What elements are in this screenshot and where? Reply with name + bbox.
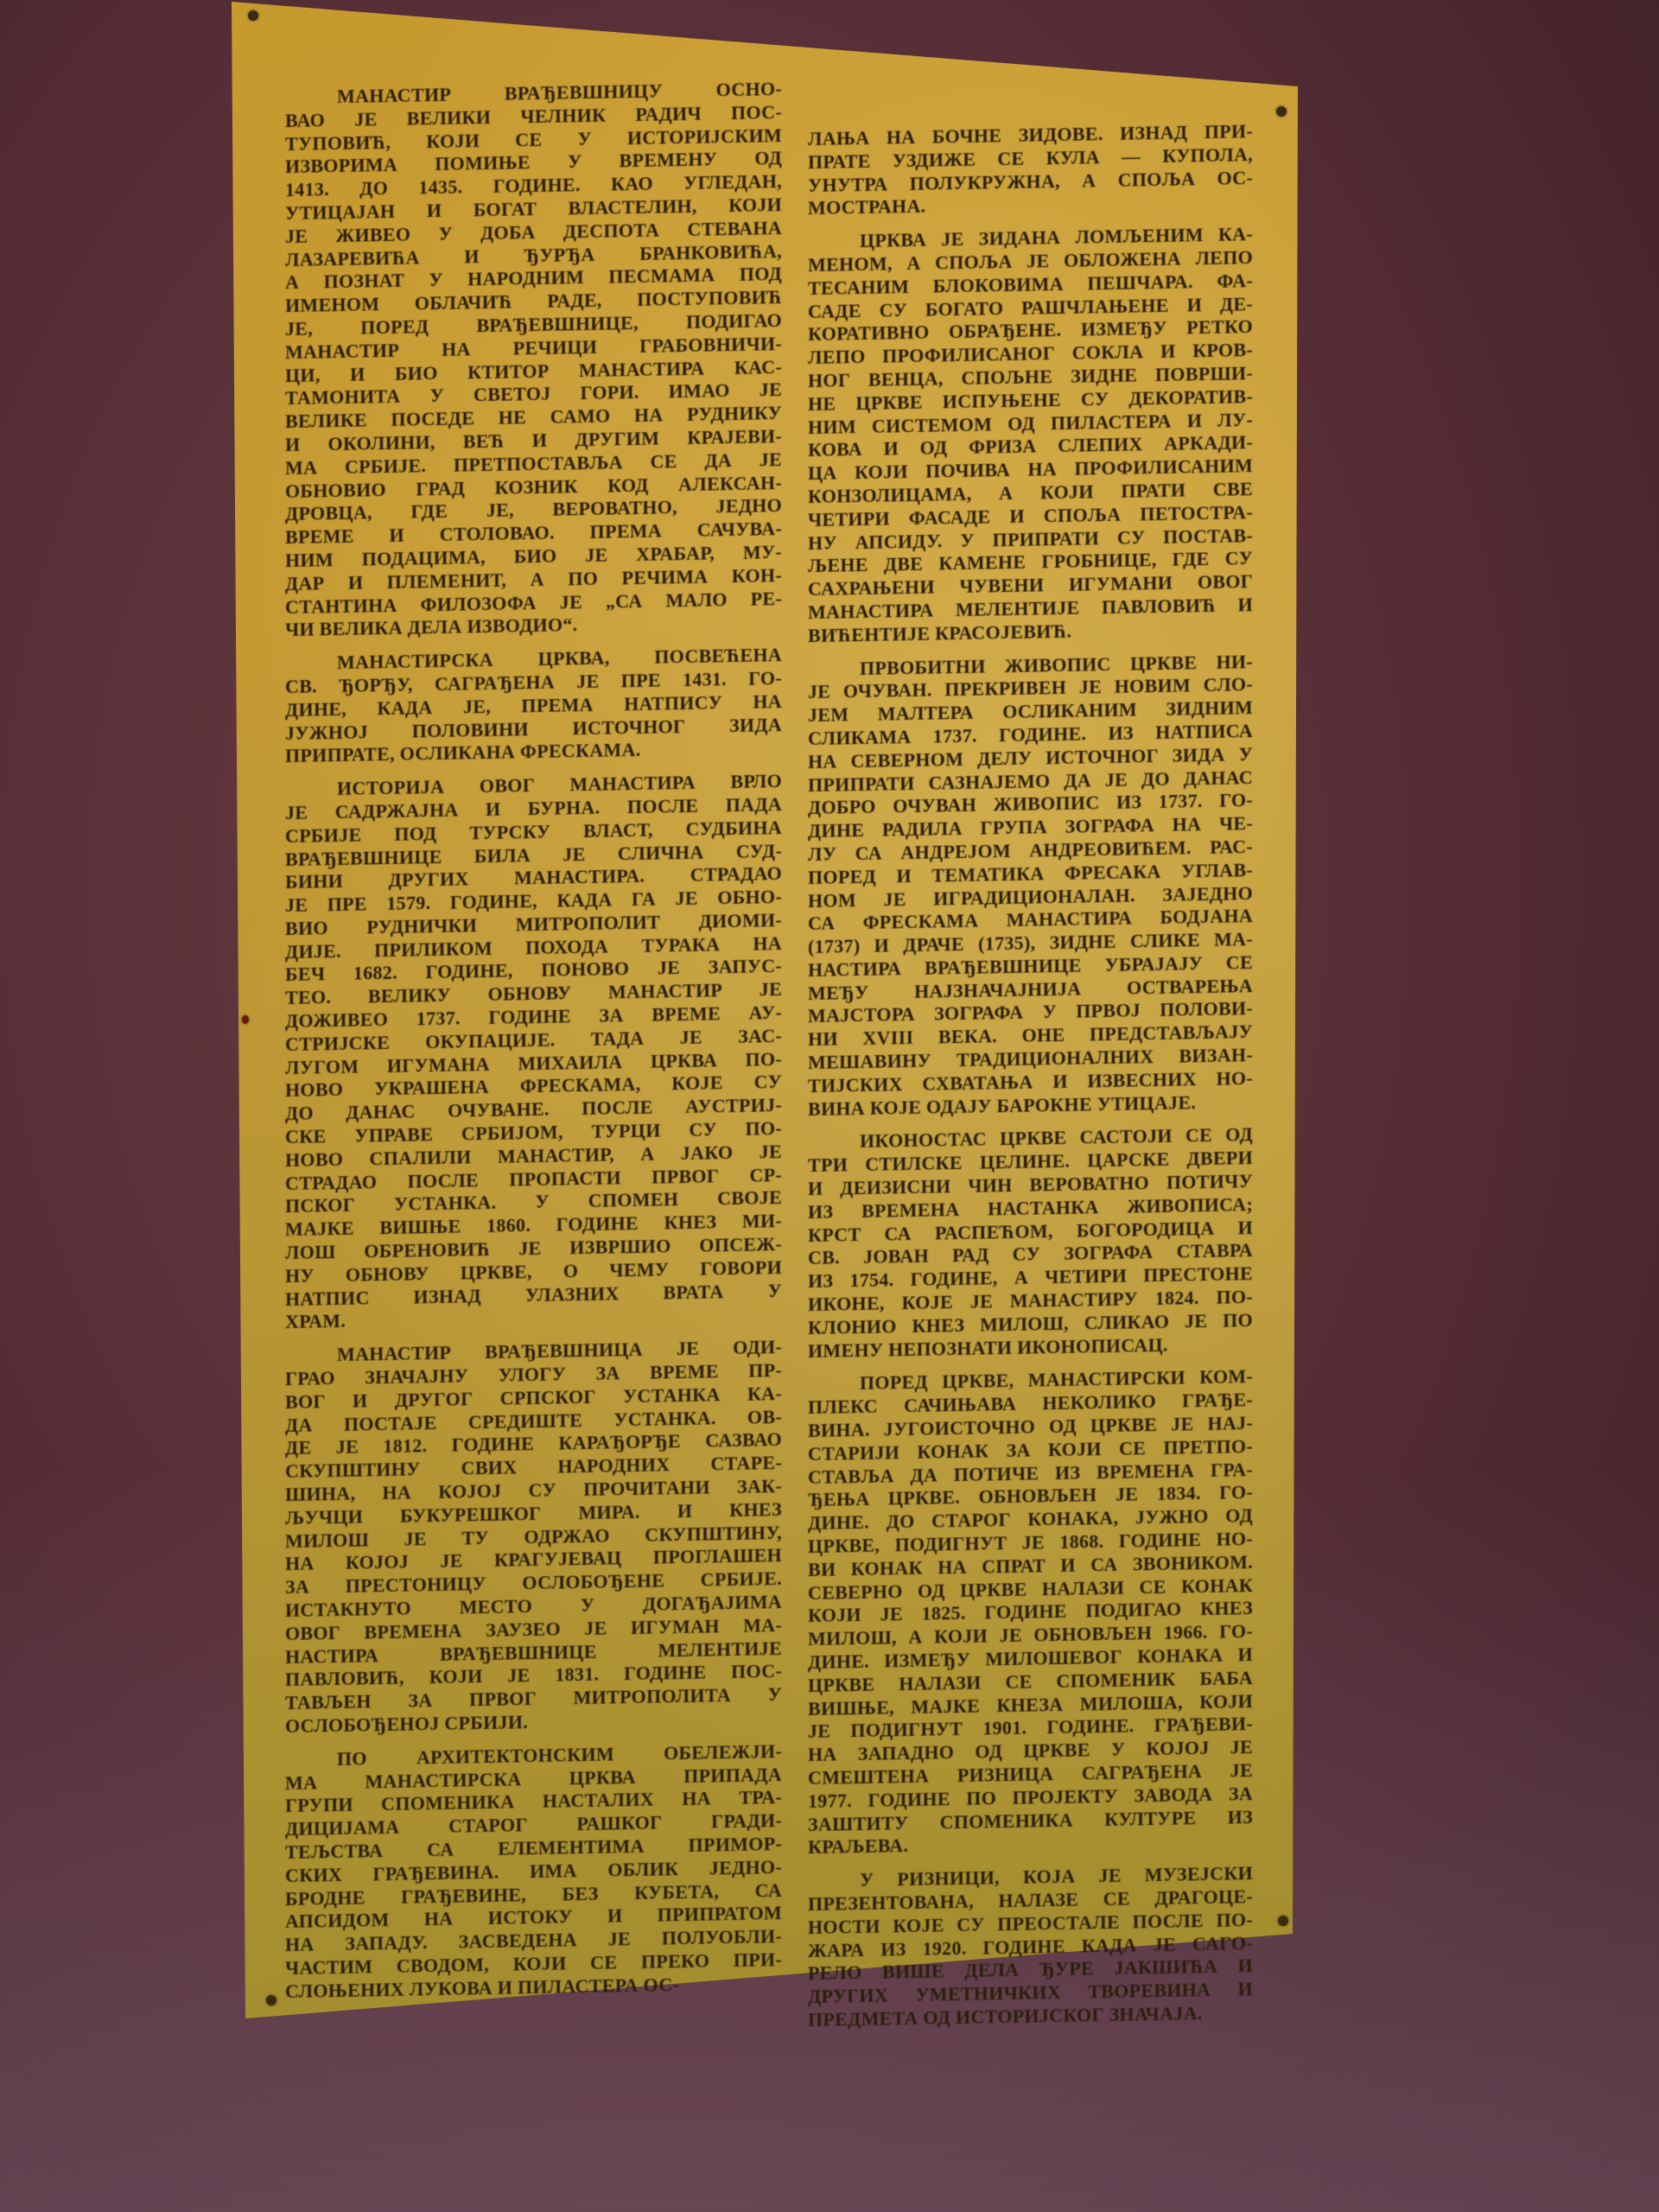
plaque-paragraph: МАНАСТИР ВРАЂЕВШНИЦУ ОСНО-ВАО ЈЕ ВЕЛИКИ … [285, 78, 782, 642]
wall-nail-mark [242, 1015, 249, 1024]
plaque-paragraph: МАНАСТИРСКА ЦРКВА, ПОСВЕЋЕНАСВ. ЂОРЂУ, С… [285, 644, 782, 768]
plaque-paragraph: ПО АРХИТЕКТОНСКИМ ОБЕЛЕЖЈИ-МА МАНАСТИРСК… [285, 1740, 782, 2004]
plaque-paragraph: ЦРКВА ЈЕ ЗИДАНА ЛОМЉЕНИМ КА-МЕНОМ, А СПО… [808, 223, 1253, 647]
screw-bottom-right [1278, 1916, 1288, 1926]
plaque-paragraph: ИСТОРИЈА ОВОГ МАНАСТИРА ВРЛОЈЕ САДРЖАЈНА… [285, 770, 782, 1334]
screw-bottom-left [266, 1995, 276, 2005]
screw-top-left [248, 10, 258, 21]
screw-top-right [1276, 106, 1287, 117]
plaque-right-column: ЛАЊА НА БОЧНЕ ЗИДОВЕ. ИЗНАД ПРИ-ПРАТЕ УЗ… [808, 120, 1253, 2043]
plaque-paragraph: У РИЗНИЦИ, КОЈА ЈЕ МУЗЕЈСКИПРЕЗЕНТОВАНА,… [808, 1862, 1253, 2032]
plaque-paragraph: ПОРЕД ЦРКВЕ, МАНАСТИРСКИ КОМ-ПЛЕКС САЧИЊ… [808, 1365, 1253, 1859]
plaque-paragraph: МАНАСТИР ВРАЂЕВШНИЦА ЈЕ ОДИ-ГРАО ЗНАЧАЈН… [285, 1336, 782, 1738]
plaque-paragraph: ЛАЊА НА БОЧНЕ ЗИДОВЕ. ИЗНАД ПРИ-ПРАТЕ УЗ… [808, 120, 1253, 220]
plaque-paragraph: ИКОНОСТАС ЦРКВЕ САСТОЈИ СЕ ОДТРИ СТИЛСКЕ… [808, 1123, 1253, 1363]
plaque-left-column: МАНАСТИР ВРАЂЕВШНИЦУ ОСНО-ВАО ЈЕ ВЕЛИКИ … [285, 78, 782, 2014]
plaque-paragraph: ПРВОБИТНИ ЖИВОПИС ЦРКВЕ НИ-ЈЕ ОЧУВАН. ПР… [808, 651, 1253, 1122]
